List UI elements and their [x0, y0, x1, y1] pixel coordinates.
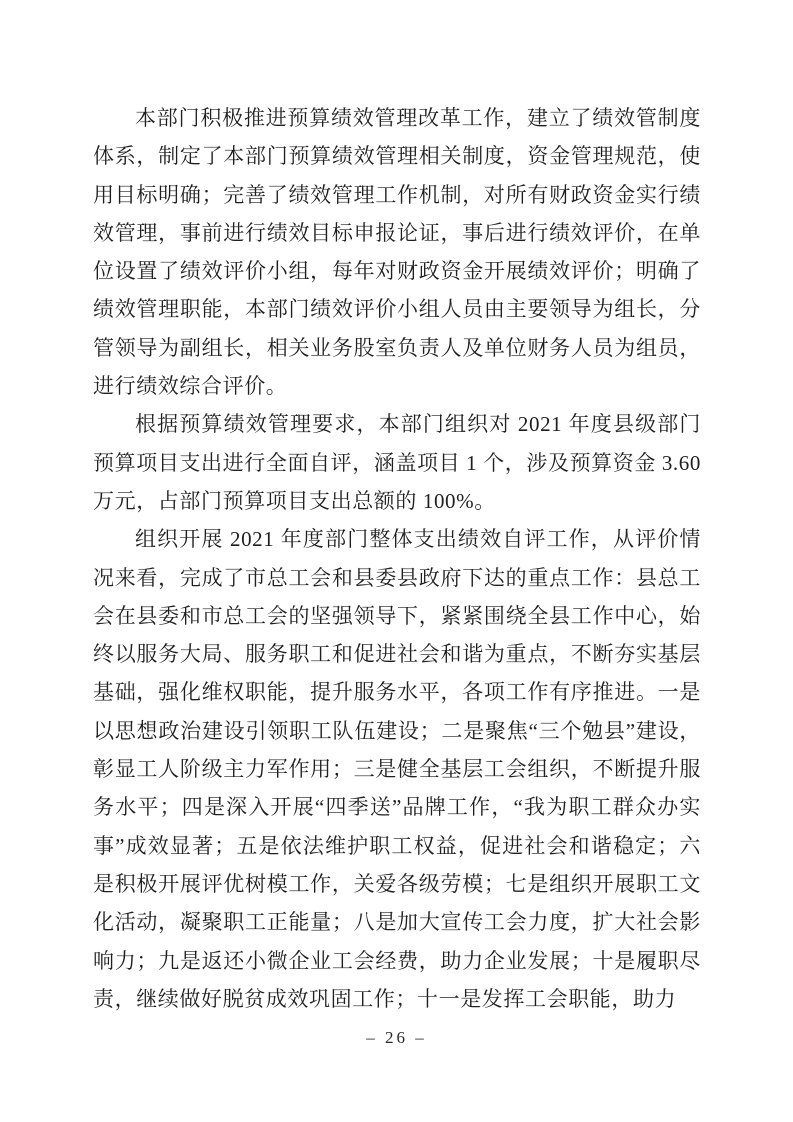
paragraph-project-self-evaluation: 根据预算绩效管理要求，本部门组织对 2021 年度县级部门预算项目支出进行全面自…: [93, 405, 701, 520]
document-body: 本部门积极推进预算绩效管理改革工作，建立了绩效管制度体系，制定了本部门预算绩效管…: [93, 99, 701, 1018]
paragraph-overall-expenditure-evaluation: 组织开展 2021 年度部门整体支出绩效自评工作，从评价情况来看，完成了市总工会…: [93, 520, 701, 1018]
paragraph-performance-management: 本部门积极推进预算绩效管理改革工作，建立了绩效管制度体系，制定了本部门预算绩效管…: [93, 99, 701, 405]
document-page: 本部门积极推进预算绩效管理改革工作，建立了绩效管制度体系，制定了本部门预算绩效管…: [0, 0, 793, 1122]
page-footer: – 26 –: [0, 1028, 793, 1048]
page-number: – 26 –: [366, 1028, 427, 1047]
